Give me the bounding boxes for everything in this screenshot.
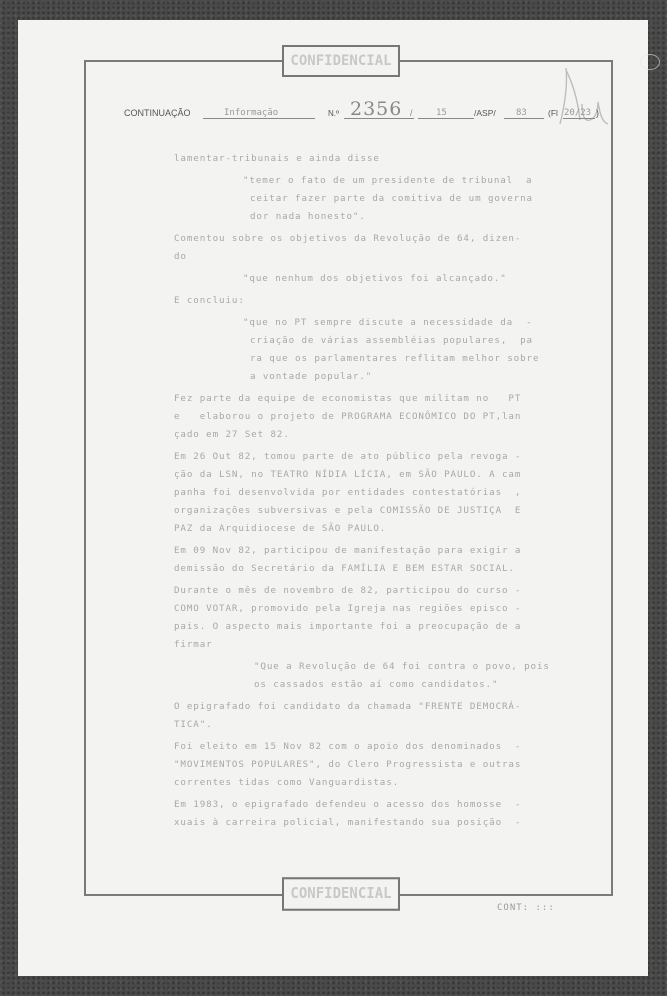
- document-sequence: 15: [436, 108, 447, 118]
- text-line: correntes tidas como Vanguardistas.: [174, 774, 614, 792]
- text-line: "que nenhum dos objetivos foi alcançado.…: [243, 270, 614, 288]
- sequence-underline: [418, 118, 474, 119]
- text-line: ceitar fazer parte da comitiva de um gov…: [243, 190, 614, 208]
- text-line: Fez parte da equipe de economistas que m…: [174, 390, 614, 408]
- quoted-paragraph: "Que a Revolução de 64 foi contra o povo…: [174, 658, 614, 694]
- text-line: TICA".: [174, 716, 614, 734]
- document-body: lamentar-tribunais e ainda disse"temer o…: [174, 150, 614, 836]
- classification-stamp-top: CONFIDENCIAL: [282, 45, 400, 77]
- text-line: O epigrafado foi candidato da chamada "F…: [174, 698, 614, 716]
- document-year: 83: [516, 108, 527, 118]
- classification-stamp-bottom: CONFIDENCIAL: [282, 877, 400, 911]
- quoted-paragraph: "que no PT sempre discute a necessidade …: [174, 314, 614, 386]
- text-line: çado em 27 Set 82.: [174, 426, 614, 444]
- text-line: a vontade popular.": [243, 368, 614, 386]
- paragraph: O epigrafado foi candidato da chamada "F…: [174, 698, 614, 734]
- text-line: PAZ da Arquidiocese de SÃO PAULO.: [174, 520, 614, 538]
- text-line: "MOVIMENTOS POPULARES", do Clero Progres…: [174, 756, 614, 774]
- text-line: xuais à carreira policial, manifestando …: [174, 814, 614, 832]
- paragraph: Em 1983, o epigrafado defendeu o acesso …: [174, 796, 614, 832]
- text-line: criação de várias assembléias populares,…: [243, 332, 614, 350]
- text-line: organizações subversivas e pela COMISSÃO…: [174, 502, 614, 520]
- paragraph: Fez parte da equipe de economistas que m…: [174, 390, 614, 444]
- text-line: lamentar-tribunais e ainda disse: [174, 150, 614, 168]
- text-line: "temer o fato de um presidente de tribun…: [243, 172, 614, 190]
- paragraph: Em 09 Nov 82, participou de manifestação…: [174, 542, 614, 578]
- text-line: Em 09 Nov 82, participou de manifestação…: [174, 542, 614, 560]
- text-line: do: [174, 248, 614, 266]
- document-type: Informação: [224, 108, 278, 118]
- text-line: Comentou sobre os objetivos da Revolução…: [174, 230, 614, 248]
- page-stamp-mark: [640, 54, 660, 70]
- year-underline: [504, 118, 544, 119]
- folha-close: ): [596, 108, 599, 118]
- folha-number: 20/23: [564, 108, 591, 118]
- folha-label: (Fl: [548, 108, 558, 118]
- text-line: ra que os parlamentares reflitam melhor …: [243, 350, 614, 368]
- numero-label: N.º: [328, 109, 339, 118]
- text-line: Em 1983, o epigrafado defendeu o acesso …: [174, 796, 614, 814]
- quoted-paragraph: "temer o fato de um presidente de tribun…: [174, 172, 614, 226]
- continuacao-label: CONTINUAÇÃO: [124, 108, 191, 118]
- text-line: Em 26 Out 82, tomou parte de ato público…: [174, 448, 614, 466]
- paragraph: Foi eleito em 15 Nov 82 com o apoio dos …: [174, 738, 614, 792]
- text-line: os cassados estão aí como candidatos.": [254, 676, 614, 694]
- text-line: Durante o mês de novembro de 82, partici…: [174, 582, 614, 600]
- number-underline: [344, 118, 414, 119]
- document-header: CONTINUAÇÃO Informação N.º 2356 / 15 /AS…: [106, 98, 606, 122]
- text-line: pais. O aspecto mais importante foi a pr…: [174, 618, 614, 636]
- text-line: dor nada honesto".: [243, 208, 614, 226]
- continuation-marker: CONT: :::: [497, 903, 555, 913]
- text-line: COMO VOTAR, promovido pela Igreja nas re…: [174, 600, 614, 618]
- folha-underline: [563, 118, 595, 119]
- org-label: /ASP/: [474, 108, 496, 118]
- doc-type-underline: [203, 118, 315, 119]
- text-line: "que no PT sempre discute a necessidade …: [243, 314, 614, 332]
- paragraph: lamentar-tribunais e ainda disse: [174, 150, 614, 168]
- paragraph: Em 26 Out 82, tomou parte de ato público…: [174, 448, 614, 538]
- paragraph: E concluiu:: [174, 292, 614, 310]
- text-line: "Que a Revolução de 64 foi contra o povo…: [254, 658, 614, 676]
- text-line: firmar: [174, 636, 614, 654]
- paragraph: Comentou sobre os objetivos da Revolução…: [174, 230, 614, 266]
- document-number: 2356: [350, 98, 402, 120]
- separator-slash: /: [410, 108, 413, 118]
- text-line: ção da LSN, no TEATRO NÍDIA LÍCIA, em SÃ…: [174, 466, 614, 484]
- text-line: demissão do Secretário da FAMÍLIA E BEM …: [174, 560, 614, 578]
- text-line: panha foi desenvolvida por entidades con…: [174, 484, 614, 502]
- text-line: e elaborou o projeto de PROGRAMA ECONÔMI…: [174, 408, 614, 426]
- text-line: Foi eleito em 15 Nov 82 com o apoio dos …: [174, 738, 614, 756]
- text-line: E concluiu:: [174, 292, 614, 310]
- paragraph: Durante o mês de novembro de 82, partici…: [174, 582, 614, 654]
- quoted-paragraph: "que nenhum dos objetivos foi alcançado.…: [174, 270, 614, 288]
